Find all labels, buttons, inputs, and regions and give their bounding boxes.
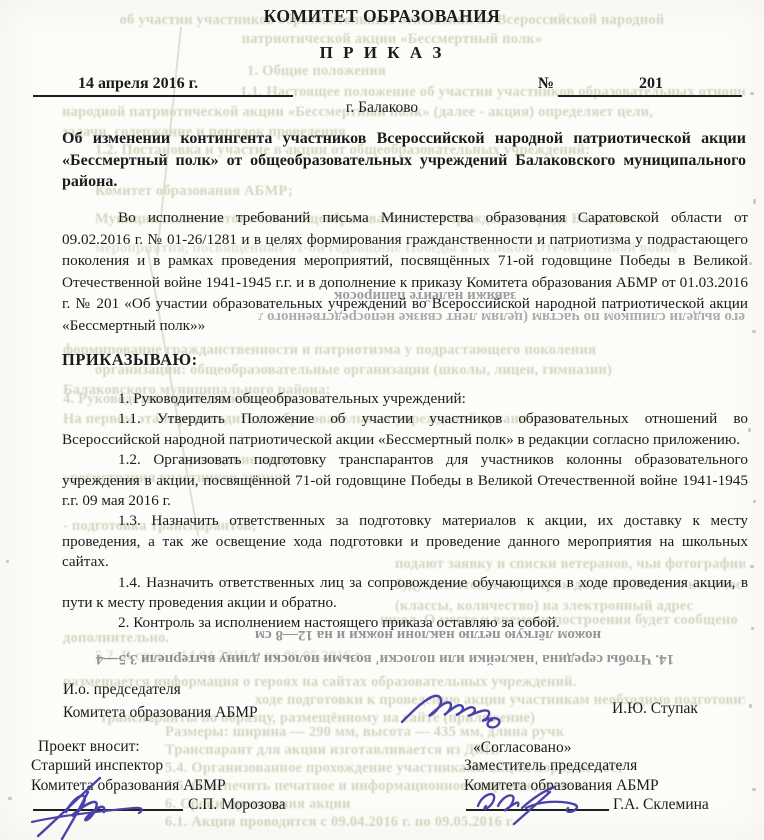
scan-speckle	[751, 627, 754, 630]
scan-speckle	[753, 199, 756, 204]
scan-speckle	[749, 262, 752, 265]
bleedthrough-text-line: 1. Общие положения	[247, 63, 467, 80]
bleedthrough-text-line: 5.2. В срок с 14.04.2016 г. по 06.05.201…	[95, 648, 435, 665]
issuing-org-title: КОМИТЕТ ОБРАЗОВАНИЯ	[0, 6, 764, 27]
stupak-signature-ink	[398, 684, 518, 728]
order-item-1-2: 1.2. Организовать подготовку транспарант…	[62, 450, 748, 511]
morozova-signature-ink	[22, 766, 192, 840]
agreed-label: «Согласовано»	[473, 739, 571, 757]
scan-speckle	[750, 92, 754, 95]
signatory-position-line1: И.о. председателя	[63, 681, 181, 699]
footer-intro: Проект вносит:	[38, 738, 140, 756]
order-item-1-3: 1.3. Назначить ответственных за подготов…	[62, 511, 748, 572]
order-number: 201	[560, 75, 742, 93]
date-underline	[33, 95, 293, 97]
order-items: 1. Руководителям общеобразовательных учр…	[62, 389, 748, 634]
scan-speckle	[749, 704, 752, 708]
number-sign: №	[538, 75, 554, 93]
order-date: 14 апреля 2016 г.	[78, 75, 198, 93]
scan-speckle	[6, 560, 9, 563]
sklemina-signature-ink	[462, 782, 617, 828]
city-line: г. Балаково	[0, 99, 764, 117]
scan-speckle	[753, 500, 756, 503]
footer-right-position-line1: Заместитель председателя	[464, 757, 637, 775]
footer-right-name: Г.А. Склемина	[613, 796, 709, 814]
order-item-1-4: 1.4. Назначить ответственных лиц за сопр…	[62, 573, 748, 614]
document-type-title: П Р И К А З	[0, 43, 764, 63]
order-subject: Об изменении контингента участников Всер…	[62, 128, 746, 193]
scan-speckle	[8, 797, 12, 800]
scanned-order-document: об участии участников образовательных от…	[0, 0, 764, 840]
order-word: ПРИКАЗЫВАЮ:	[62, 350, 198, 370]
order-preamble: Во исполнение требований письма Министер…	[62, 207, 748, 337]
scan-speckle	[748, 428, 751, 432]
signatory-position-line2: Комитета образования АБМР	[63, 704, 258, 722]
order-item-2: 2. Контроль за исполнением настоящего пр…	[62, 613, 748, 633]
scan-speckle	[752, 330, 756, 333]
offset-print-flipped-line: 14. Чтобы середина 'наклейки или полоски…	[40, 650, 730, 667]
order-item-1: 1. Руководителям общеобразовательных учр…	[62, 389, 748, 409]
footer-left-name: С.П. Морозова	[188, 796, 286, 814]
scan-speckle	[750, 565, 754, 568]
order-item-1-1: 1.1. Утвердить Положение об участии учас…	[62, 409, 748, 450]
number-underline	[558, 95, 742, 97]
signatory-name: И.Ю. Ступак	[612, 700, 698, 718]
scan-speckle	[752, 788, 756, 791]
